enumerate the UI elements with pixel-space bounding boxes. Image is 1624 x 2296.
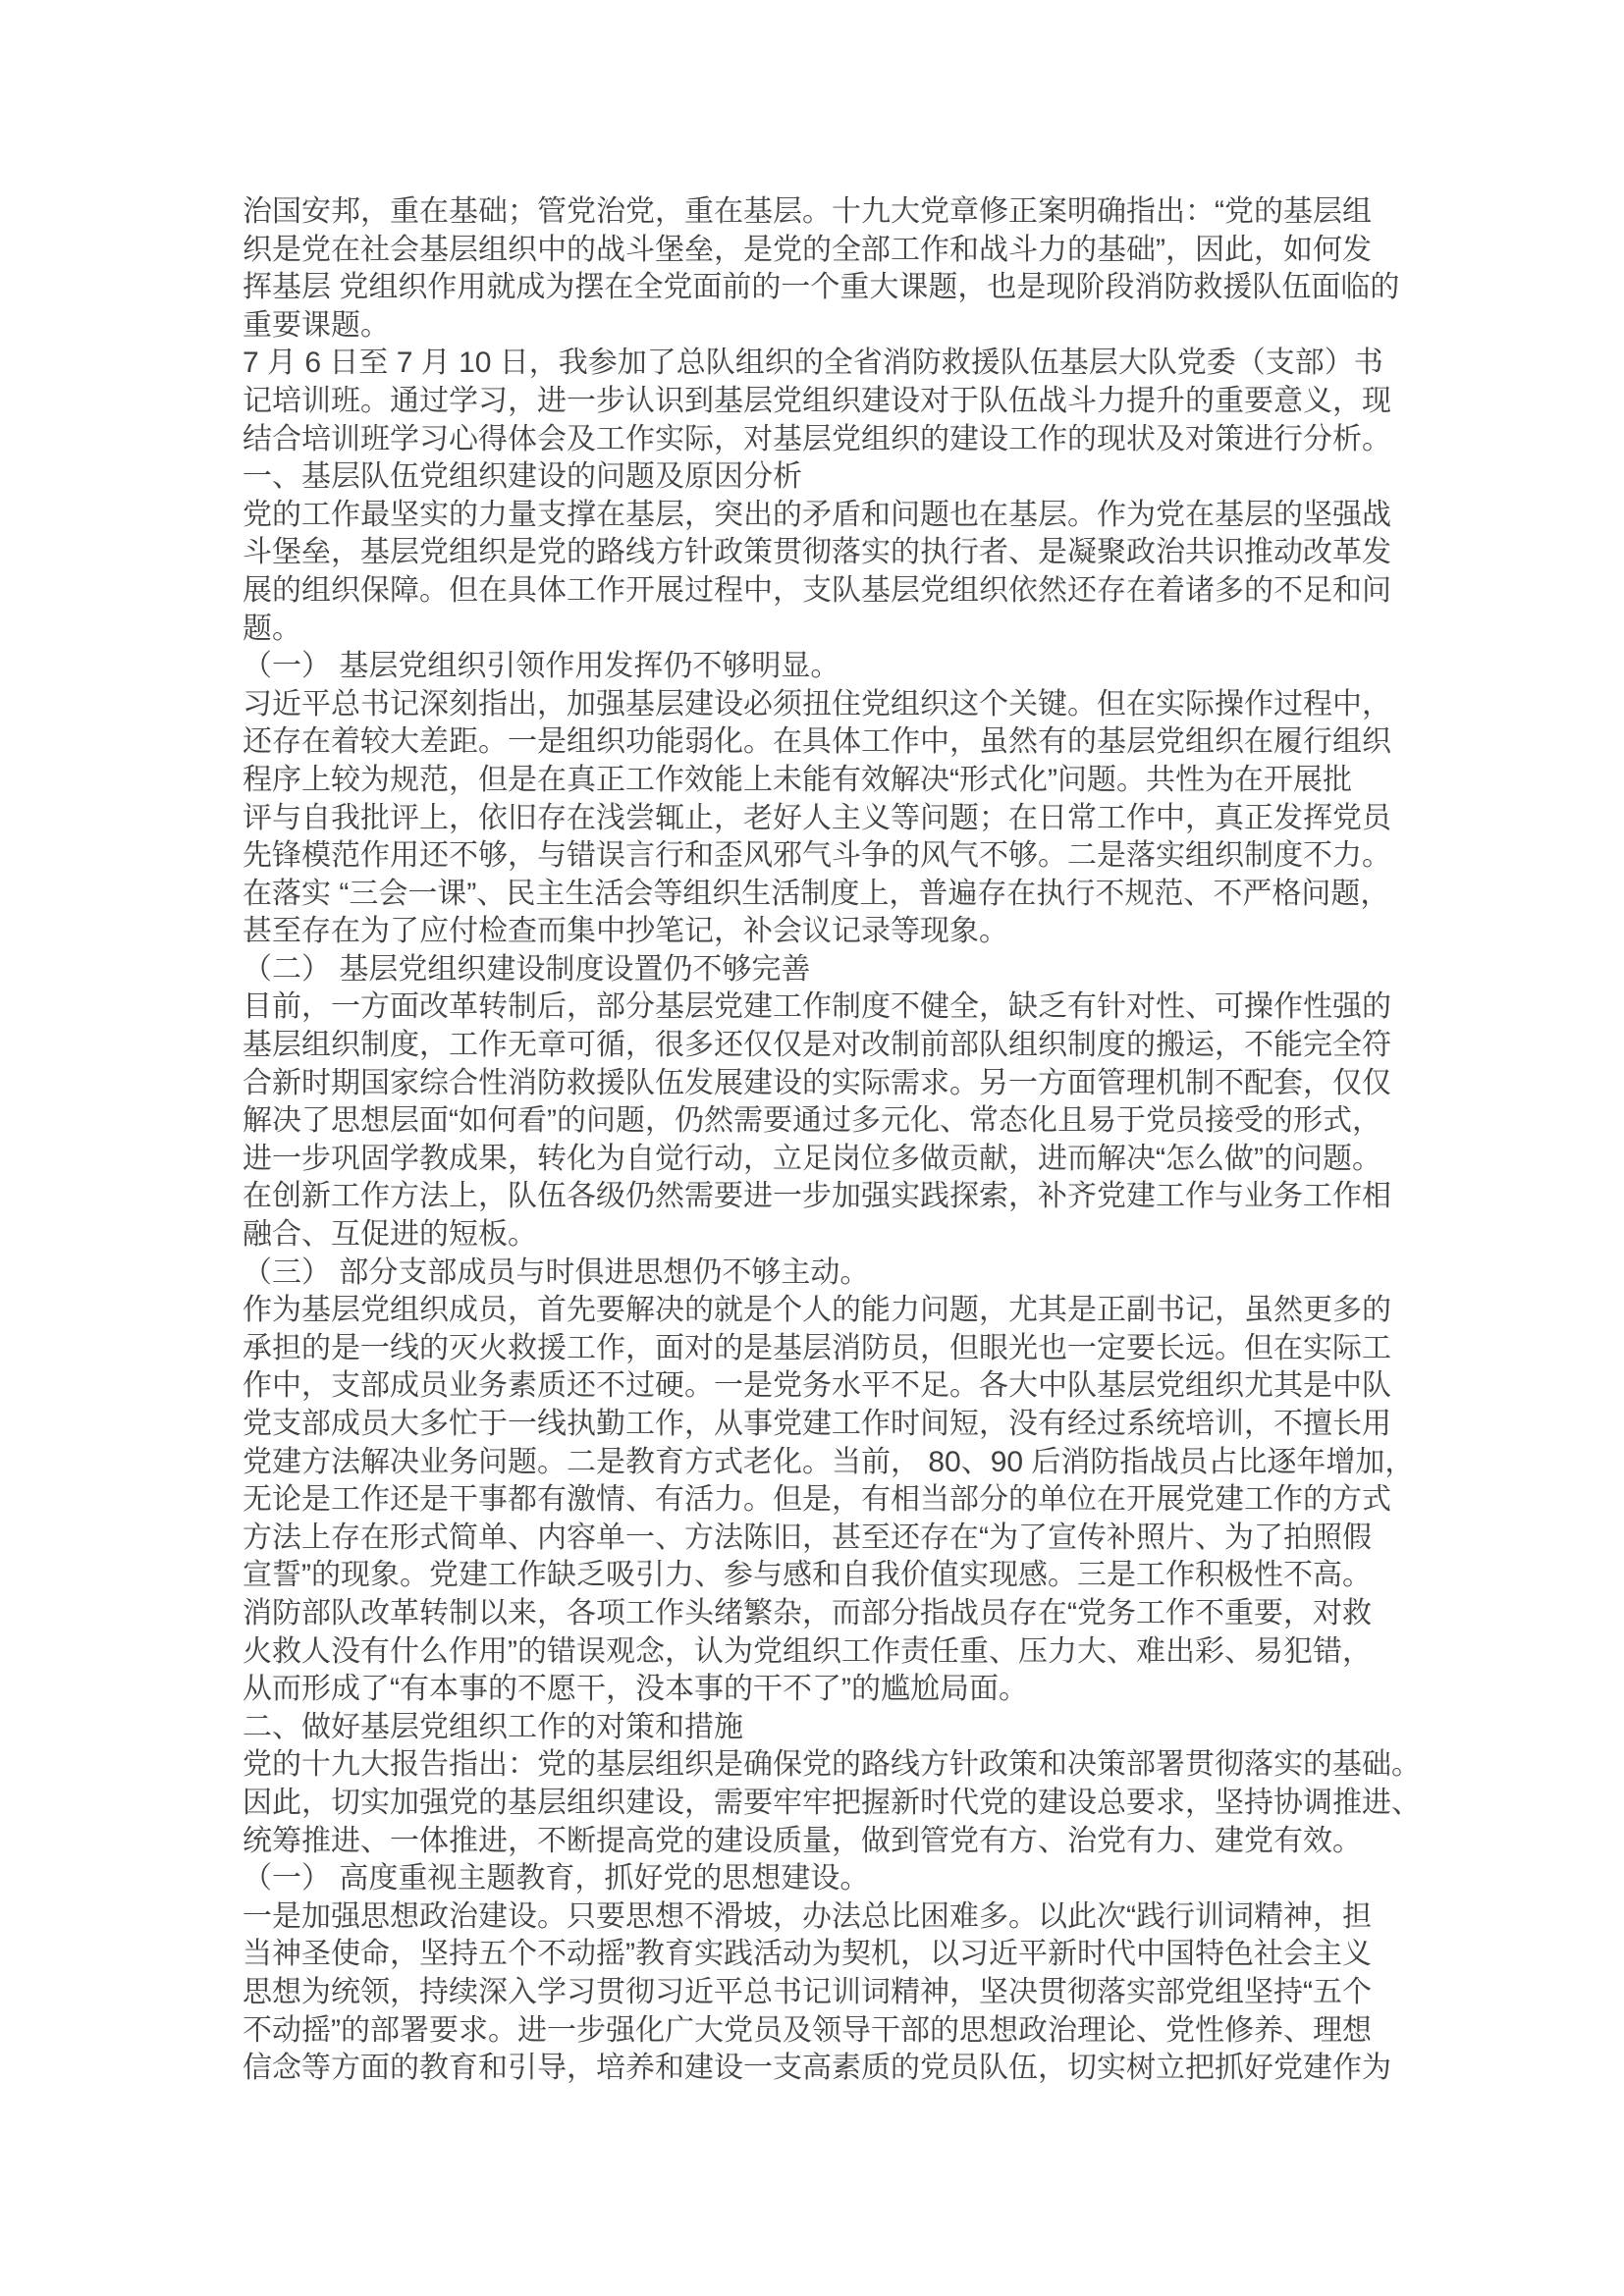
text-line: 思想为统领，持续深入学习贯彻习近平总书记训词精神，坚决贯彻落实部党组坚持“五个 — [243, 1974, 1435, 2012]
text-line: 党建方法解决业务问题。二是教育方式老化。当前， 80、90 后消防指战员占比逐年… — [243, 1444, 1435, 1482]
text-line: 还存在着较大差距。一是组织功能弱化。在具体工作中，虽然有的基层党组织在履行组织 — [243, 723, 1435, 762]
text-line: 织是党在社会基层组织中的战斗堡垒，是党的全部工作和战斗力的基础”，因此，如何发 — [243, 232, 1435, 270]
text-line: 治国安邦，重在基础；管党治党，重在基层。十九大党章修正案明确指出：“党的基层组 — [243, 193, 1435, 232]
text-line: 结合培训班学习心得体会及工作实际，对基层党组织的建设工作的现状及对策进行分析。 — [243, 421, 1435, 459]
text-line: 因此，切实加强党的基层组织建设，需要牢牢把握新时代党的建设总要求，坚持协调推进、 — [243, 1785, 1435, 1823]
text-line: 作中，支部成员业务素质还不过硬。一是党务水平不足。各大中队基层党组织尤其是中队 — [243, 1367, 1435, 1406]
document-page: 治国安邦，重在基础；管党治党，重在基层。十九大党章修正案明确指出：“党的基层组织… — [0, 0, 1624, 2296]
text-line: 作为基层党组织成员，首先要解决的就是个人的能力问题，尤其是正副书记，虽然更多的 — [243, 1292, 1435, 1330]
text-line: 二、做好基层党组织工作的对策和措施 — [243, 1709, 1435, 1747]
text-line: 挥基层 党组织作用就成为摆在全党面前的一个重大课题，也是现阶段消防救援队伍面临的 — [243, 269, 1435, 307]
text-line: 评与自我批评上，依旧存在浅尝辄止，老好人主义等问题；在日常工作中，真正发挥党员 — [243, 800, 1435, 838]
text-line: 斗堡垒，基层党组织是党的路线方针政策贯彻落实的执行者、是凝聚政治共识推动改革发 — [243, 534, 1435, 572]
text-line: （一） 高度重视主题教育，抓好党的思想建设。 — [243, 1860, 1435, 1898]
text-line: 目前，一方面改革转制后，部分基层党建工作制度不健全，缺乏有针对性、可操作性强的 — [243, 988, 1435, 1027]
text-line: 融合、互促进的短板。 — [243, 1216, 1435, 1255]
text-line: 信念等方面的教育和引导，培养和建设一支高素质的党员队伍，切实树立把抓好党建作为 — [243, 2050, 1435, 2088]
text-line: 进一步巩固学教成果，转化为自觉行动，立足岗位多做贡献，进而解决“怎么做”的问题。 — [243, 1141, 1435, 1179]
text-line: 习近平总书记深刻指出，加强基层建设必须扭住党组织这个关键。但在实际操作过程中， — [243, 686, 1435, 724]
text-line: 火救人没有什么作用”的错误观念，认为党组织工作责任重、压力大、难出彩、易犯错， — [243, 1633, 1435, 1672]
text-line: 程序上较为规范，但是在真正工作效能上未能有效解决“形式化”问题。共性为在开展批 — [243, 762, 1435, 800]
text-line: 承担的是一线的灭火救援工作，面对的是基层消防员，但眼光也一定要长远。但在实际工 — [243, 1330, 1435, 1368]
text-line: 消防部队改革转制以来，各项工作头绪繁杂，而部分指战员存在“党务工作不重要，对救 — [243, 1595, 1435, 1633]
document-text-body: 治国安邦，重在基础；管党治党，重在基层。十九大党章修正案明确指出：“党的基层组织… — [243, 193, 1435, 2088]
text-line: 在落实 “三会一课”、民主生活会等组织生活制度上，普遍存在执行不规范、不严格问题… — [243, 876, 1435, 914]
text-line: 解决了思想层面“如何看”的问题，仍然需要通过多元化、常态化且易于党员接受的形式， — [243, 1102, 1435, 1141]
text-line: 基层组织制度，工作无章可循，很多还仅仅是对改制前部队组织制度的搬运，不能完全符 — [243, 1027, 1435, 1065]
text-line: （一） 基层党组织引领作用发挥仍不够明显。 — [243, 648, 1435, 686]
text-line: 从而形成了“有本事的不愿干，没本事的干不了”的尴尬局面。 — [243, 1671, 1435, 1709]
text-line: 宣誓”的现象。党建工作缺乏吸引力、参与感和自我价值实现感。三是工作积极性不高。 — [243, 1557, 1435, 1595]
text-line: （三） 部分支部成员与时俱进思想仍不够主动。 — [243, 1255, 1435, 1293]
text-line: 7 月 6 日至 7 月 10 日，我参加了总队组织的全省消防救援队伍基层大队党… — [243, 345, 1435, 383]
text-line: 方法上存在形式简单、内容单一、方法陈旧，甚至还存在“为了宣传补照片、为了拍照假 — [243, 1520, 1435, 1558]
text-line: 记培训班。通过学习，进一步认识到基层党组织建设对于队伍战斗力提升的重要意义，现 — [243, 383, 1435, 421]
text-line: 党的十九大报告指出：党的基层组织是确保党的路线方针政策和决策部署贯彻落实的基础。 — [243, 1746, 1435, 1785]
text-line: 先锋模范作用还不够，与错误言行和歪风邪气斗争的风气不够。二是落实组织制度不力。 — [243, 837, 1435, 876]
text-line: 合新时期国家综合性消防救援队伍发展建设的实际需求。另一方面管理机制不配套，仅仅 — [243, 1065, 1435, 1103]
text-line: 在创新工作方法上，队伍各级仍然需要进一步加强实践探索，补齐党建工作与业务工作相 — [243, 1178, 1435, 1216]
text-line: （二） 基层党组织建设制度设置仍不够完善 — [243, 951, 1435, 989]
text-line: 党的工作最坚实的力量支撑在基层，突出的矛盾和问题也在基层。作为党在基层的坚强战 — [243, 497, 1435, 535]
text-line: 无论是工作还是干事都有激情、有活力。但是，有相当部分的单位在开展党建工作的方式 — [243, 1481, 1435, 1520]
text-line: 不动摇”的部署要求。进一步强化广大党员及领导干部的思想政治理论、党性修养、理想 — [243, 2012, 1435, 2051]
text-line: 题。 — [243, 611, 1435, 649]
text-line: 甚至存在为了应付检查而集中抄笔记，补会议记录等现象。 — [243, 913, 1435, 951]
text-line: 党支部成员大多忙于一线执勤工作，从事党建工作时间短，没有经过系统培训，不擅长用 — [243, 1406, 1435, 1444]
text-line: 当神圣使命，坚持五个不动摇”教育实践活动为契机，以习近平新时代中国特色社会主义 — [243, 1936, 1435, 1974]
text-line: 统筹推进、一体推进，不断提高党的建设质量，做到管党有方、治党有力、建党有效。 — [243, 1823, 1435, 1861]
text-line: 重要课题。 — [243, 307, 1435, 346]
text-line: 一、基层队伍党组织建设的问题及原因分析 — [243, 458, 1435, 497]
text-line: 展的组织保障。但在具体工作开展过程中，支队基层党组织依然还存在着诸多的不足和问 — [243, 572, 1435, 611]
text-line: 一是加强思想政治建设。只要思想不滑坡，办法总比困难多。以此次“践行训词精神，担 — [243, 1898, 1435, 1937]
